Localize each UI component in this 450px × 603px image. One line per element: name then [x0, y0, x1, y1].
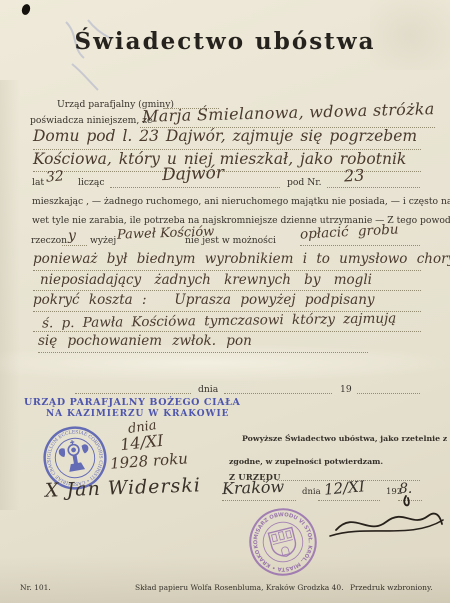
place-value: Dajwór	[162, 163, 225, 185]
document-title: Świadectwo ubóstwa	[0, 28, 450, 55]
paper-texture	[0, 556, 450, 603]
handwritten-line: pokryć koszta : Uprasza powyżej podpisan…	[33, 292, 375, 308]
svg-text:KOMISARZ OBWODU VI STOŁ. KRÓL.: KOMISARZ OBWODU VI STOŁ. KRÓL. MIASTA • …	[231, 490, 319, 582]
handwritten-line: Domu pod l. 23 Dajwór, zajmuje się pogrz…	[33, 127, 417, 145]
dotted-line	[33, 331, 421, 332]
date-label: dnia	[198, 384, 218, 395]
residing-line: mieszkając , — żadnego ruchomego, ani ni…	[32, 196, 450, 207]
handwritten-line: ś. p. Pawła Kościówa tymczasowi którzy z…	[42, 311, 397, 332]
footer-notice: Przedruk wzbroniony.	[350, 583, 433, 592]
dotted-line	[327, 187, 420, 188]
ink-dot	[20, 3, 31, 16]
dotted-line	[33, 270, 421, 271]
footer-printer: Skład papieru Wolfa Rosenbluma, Kraków G…	[135, 583, 344, 592]
house-no-value: 23	[344, 165, 365, 185]
parish-signature: X Jan Widerski	[45, 474, 202, 501]
certifies-label: poświadcza niniejszem, że	[30, 115, 153, 126]
footer-number: Nr. 101.	[20, 583, 51, 592]
confirmation-line2: zgodne, w zupełności potwierdzam.	[229, 457, 383, 466]
handwritten-line: ponieważ był biednym wyrobnikiem i to um…	[33, 251, 450, 267]
scanned-document: Świadectwo ubóstwa Urząd parafjalny (gmi…	[0, 0, 450, 603]
not-able-label: nie jest w możności	[185, 235, 276, 246]
dotted-line	[75, 393, 191, 394]
confirmation-hand-city: Kraków	[222, 477, 285, 498]
paper-texture	[0, 345, 450, 381]
age-value: 32	[45, 168, 64, 185]
paper-texture	[0, 80, 20, 510]
confirmation-line1: Powyższe Świadectwo ubóstwa, jako rzetel…	[242, 434, 450, 443]
commissar-ring-text: KOMISARZ OBWODU VI STOŁ. KRÓL. MIASTA • …	[231, 490, 319, 582]
above-label: wyżej	[90, 235, 116, 246]
official-signature	[328, 492, 446, 556]
dotted-line	[62, 245, 87, 246]
handwritten-line: się pochowaniem zwłok. pon	[38, 333, 252, 349]
handwritten-line: nieposiadający żadnych krewnych by mogli	[40, 272, 372, 288]
city-crest-icon	[268, 527, 298, 559]
counting-label: licząc	[78, 177, 105, 188]
dotted-line	[224, 393, 332, 394]
dotted-line	[33, 290, 421, 291]
parish-stamp-line1: URZĄD PARAFJALNY BOŻEGO CIAŁA	[24, 397, 240, 408]
under-no-label: pod Nr.	[287, 177, 322, 188]
dotted-line	[300, 245, 420, 246]
dotted-line	[357, 393, 420, 394]
age-label: lat	[32, 177, 44, 188]
year-prefix: 19	[340, 384, 352, 395]
dotted-line	[110, 187, 280, 188]
dotted-line	[38, 352, 368, 353]
said-suffix: y	[68, 228, 76, 244]
handwritten-name: Marja Śmielanowa, wdowa stróżka	[142, 99, 435, 126]
commissar-stamp-icon: KOMISARZ OBWODU VI STOŁ. KRÓL. MIASTA • …	[231, 490, 335, 594]
